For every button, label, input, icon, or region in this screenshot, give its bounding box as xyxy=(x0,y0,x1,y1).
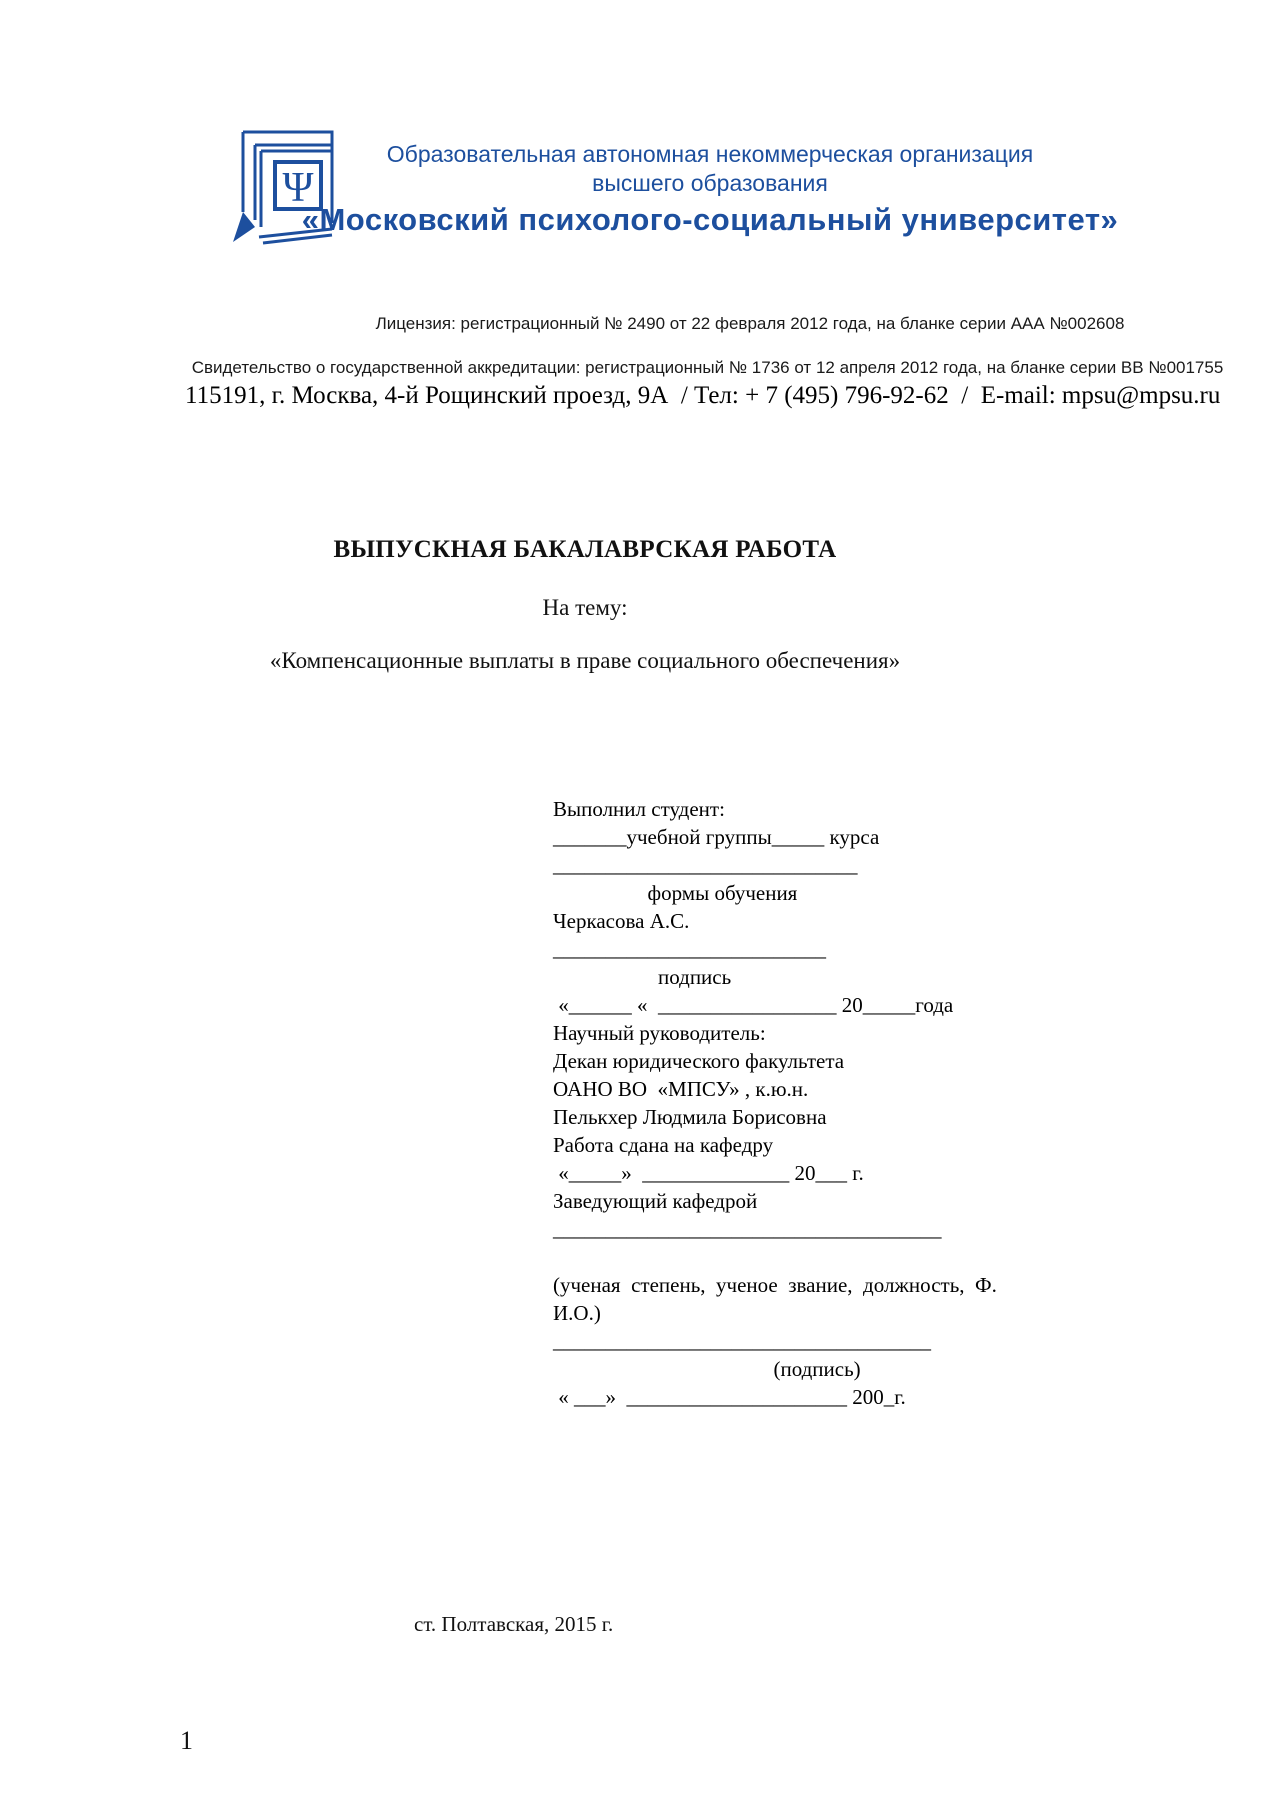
detail-line: «______ « _________________ 20_____года xyxy=(553,991,1053,1019)
detail-line: Декан юридического факультета xyxy=(553,1047,1053,1075)
accreditation-line: Свидетельство о государственной аккредит… xyxy=(135,358,1280,378)
org-name-line-2: высшего образования xyxy=(140,169,1280,198)
detail-line: « ___» _____________________ 200_г. xyxy=(553,1383,1053,1411)
page-number: 1 xyxy=(180,1726,193,1756)
place-year: ст. Полтавская, 2015 г. xyxy=(414,1612,613,1637)
details-block: Выполнил студент:_______учебной группы__… xyxy=(553,795,1053,1411)
detail-line: подпись xyxy=(553,963,1053,991)
topic-label: На тему: xyxy=(0,595,1170,621)
detail-line: (ученая степень, ученое звание, должност… xyxy=(553,1271,1053,1299)
university-name: «Московский психолого-социальный универс… xyxy=(140,200,1280,240)
header-block: Образовательная автономная некоммерческа… xyxy=(140,140,1280,240)
detail-line: формы обучения xyxy=(553,879,1053,907)
detail-line: И.О.) xyxy=(553,1299,1053,1327)
license-line: Лицензия: регистрационный № 2490 от 22 ф… xyxy=(220,314,1280,334)
detail-line: Заведующий кафедрой xyxy=(553,1187,1053,1215)
address-contact-line: 115191, г. Москва, 4-й Рощинский проезд,… xyxy=(185,382,1280,410)
detail-line: ОАНО ВО «МПСУ» , к.ю.н. xyxy=(553,1075,1053,1103)
detail-line: Научный руководитель: xyxy=(553,1019,1053,1047)
detail-line: ____________________________________ xyxy=(553,1327,1053,1355)
detail-line: Черкасова А.С. xyxy=(553,907,1053,935)
detail-line: (подпись) xyxy=(553,1355,1053,1383)
detail-line xyxy=(553,1243,1053,1271)
detail-line: __________________________ xyxy=(553,935,1053,963)
work-type-title: ВЫПУСКНАЯ БАКАЛАВРСКАЯ РАБОТА xyxy=(0,536,1170,564)
org-name-line-1: Образовательная автономная некоммерческа… xyxy=(140,140,1280,169)
detail-line: Работа сдана на кафедру xyxy=(553,1131,1053,1159)
detail-line: Выполнил студент: xyxy=(553,795,1053,823)
title-block: ВЫПУСКНАЯ БАКАЛАВРСКАЯ РАБОТА На тему: «… xyxy=(0,536,1170,674)
detail-line: _____________________________ xyxy=(553,851,1053,879)
detail-line: _____________________________________ xyxy=(553,1215,1053,1243)
detail-line: _______учебной группы_____ курса xyxy=(553,823,1053,851)
detail-line: «_____» ______________ 20___ г. xyxy=(553,1159,1053,1187)
detail-line: Пелькхер Людмила Борисовна xyxy=(553,1103,1053,1131)
topic-title: «Компенсационные выплаты в праве социаль… xyxy=(0,648,1170,674)
document-page: Ψ Образовательная автономная некоммерчес… xyxy=(0,0,1280,1811)
